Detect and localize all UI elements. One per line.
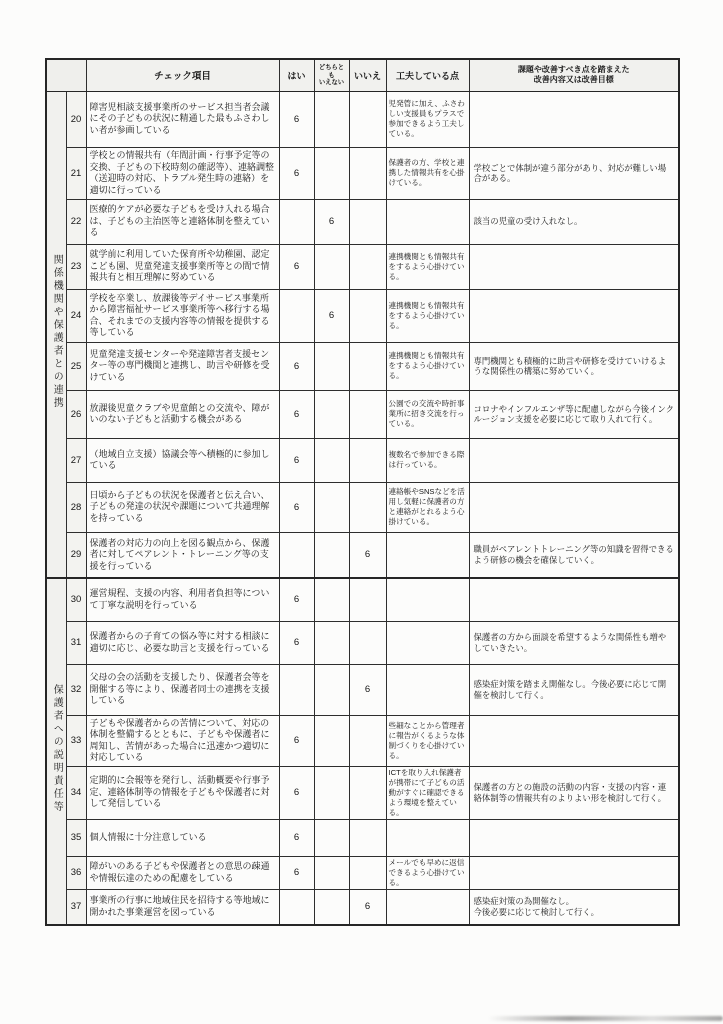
table-row: 35 個人情報に十分注意している 6 bbox=[46, 819, 679, 856]
header-issues-goal: 課題や改善すべき点を踏まえた 改善内容又は改善目標 bbox=[469, 59, 679, 91]
row-number: 29 bbox=[66, 532, 86, 578]
table-row: 25 児童発達支援センターや発達障害者支援センター等の専門機関と連携し、助言や研… bbox=[46, 342, 679, 390]
answer-no-cell bbox=[349, 390, 386, 438]
table-row: 28 日頃から子どもの状況を保護者と伝え合い、子どもの発達の状況や課題について共… bbox=[46, 482, 679, 532]
answer-yes-cell: 6 bbox=[279, 819, 314, 856]
row-number: 20 bbox=[66, 91, 86, 147]
devised-point-cell: 連絡帳やSNSなどを活用し気軽に保護者の方と連絡がとれるよう心掛けている。 bbox=[386, 482, 469, 532]
devised-point-cell: メールでも早めに返信できるよう心掛けている。 bbox=[386, 856, 469, 889]
answer-no-cell bbox=[349, 289, 386, 342]
answer-neither-cell bbox=[314, 766, 349, 819]
devised-point-cell: ICTを取り入れ保護者が携帯にて子どもの活動がすぐに確認できるよう環境を整えてい… bbox=[386, 766, 469, 819]
answer-yes-cell bbox=[279, 664, 314, 715]
answer-yes-cell: 6 bbox=[279, 578, 314, 621]
table-row: 23 就学前に利用していた保育所や幼稚園、認定こども園、児童発達支援事業所等との… bbox=[46, 244, 679, 289]
devised-point-cell: 連携機関とも情報共有をするよう心掛けている。 bbox=[386, 342, 469, 390]
header-check-item: チェック項目 bbox=[86, 59, 279, 91]
answer-no-cell: 6 bbox=[349, 532, 386, 578]
table-row: 関係機関や保護者との連携 20 障害児相談支援事業所のサービス担当者会議にその子… bbox=[46, 91, 679, 147]
check-item-cell: 就学前に利用していた保育所や幼稚園、認定こども園、児童発達支援事業所等との間で情… bbox=[86, 244, 279, 289]
issues-cell: 該当の児童の受け入れなし。 bbox=[469, 199, 679, 244]
row-number: 33 bbox=[66, 715, 86, 766]
issues-cell: 感染症対策の為開催なし。 今後必要に応じて検討して行く。 bbox=[469, 889, 679, 925]
answer-neither-cell bbox=[314, 91, 349, 147]
answer-neither-cell bbox=[314, 438, 349, 482]
issues-cell: 専門機関とも積極的に助言や研修を受けていけるような関係性の構築に努めていく。 bbox=[469, 342, 679, 390]
answer-no-cell bbox=[349, 621, 386, 664]
answer-yes-cell: 6 bbox=[279, 438, 314, 482]
answer-neither-cell bbox=[314, 819, 349, 856]
check-item-cell: 運営規程、支援の内容、利用者負担等について丁寧な説明を行っている bbox=[86, 578, 279, 621]
devised-point-cell bbox=[386, 199, 469, 244]
check-item-cell: 障害児相談支援事業所のサービス担当者会議にその子どもの状況に精通した最もふさわし… bbox=[86, 91, 279, 147]
answer-yes-cell bbox=[279, 289, 314, 342]
answer-yes-cell: 6 bbox=[279, 91, 314, 147]
issues-cell bbox=[469, 715, 679, 766]
answer-yes-cell bbox=[279, 889, 314, 925]
issues-cell: コロナやインフルエンザ等に配慮しながら今後インクルージョン支援を必要に応じて取り… bbox=[469, 390, 679, 438]
answer-no-cell: 6 bbox=[349, 889, 386, 925]
check-item-cell: 子どもや保護者からの苦情について、対応の体制を整備するとともに、子どもや保護者に… bbox=[86, 715, 279, 766]
answer-neither-cell: 6 bbox=[314, 289, 349, 342]
row-group-label-coordination: 関係機関や保護者との連携 bbox=[46, 91, 66, 578]
devised-point-cell bbox=[386, 621, 469, 664]
group-label-text: 保護者への説明責任等 bbox=[47, 684, 65, 814]
table-row: 29 保護者の対応力の向上を図る観点から、保護者に対してペアレント・トレーニング… bbox=[46, 532, 679, 578]
check-item-cell: 障がいのある子どもや保護者との意思の疎通や情報伝達のための配慮をしている bbox=[86, 856, 279, 889]
devised-point-cell: 連携機関とも情報共有をするよう心掛けている。 bbox=[386, 289, 469, 342]
issues-cell: 保護者の方から面談を希望するような関係性も増やしていきたい。 bbox=[469, 621, 679, 664]
answer-yes-cell: 6 bbox=[279, 482, 314, 532]
devised-point-cell bbox=[386, 578, 469, 621]
answer-neither-cell bbox=[314, 621, 349, 664]
row-number: 28 bbox=[66, 482, 86, 532]
check-item-cell: 定期的に会報等を発行し、活動概要や行事予定、連絡体制等の情報を子どもや保護者に対… bbox=[86, 766, 279, 819]
issues-cell bbox=[469, 244, 679, 289]
check-item-cell: 学校との情報共有（年間計画・行事予定等の交換、子どもの下校時刻の確認等）、連絡調… bbox=[86, 147, 279, 199]
answer-no-cell bbox=[349, 715, 386, 766]
table-row: 32 父母の会の活動を支援したり、保護者会等を開催する等により、保護者同士の連携… bbox=[46, 664, 679, 715]
row-number: 37 bbox=[66, 889, 86, 925]
answer-no-cell bbox=[349, 91, 386, 147]
header-devised-point: 工夫している点 bbox=[386, 59, 469, 91]
check-item-cell: 放課後児童クラブや児童館との交流や、障がいのない子どもと活動する機会がある bbox=[86, 390, 279, 438]
table-row: 37 事業所の行事に地域住民を招待する等地域に開かれた事業運営を図っている 6 … bbox=[46, 889, 679, 925]
check-item-cell: 保護者の対応力の向上を図る観点から、保護者に対してペアレント・トレーニング等の支… bbox=[86, 532, 279, 578]
answer-neither-cell bbox=[314, 889, 349, 925]
table-row: 36 障がいのある子どもや保護者との意思の疎通や情報伝達のための配慮をしている … bbox=[46, 856, 679, 889]
answer-no-cell bbox=[349, 856, 386, 889]
answer-yes-cell: 6 bbox=[279, 342, 314, 390]
table-row: 31 保護者からの子育ての悩み等に対する相談に適切に応じ、必要な助言と支援を行っ… bbox=[46, 621, 679, 664]
answer-no-cell bbox=[349, 819, 386, 856]
row-number: 36 bbox=[66, 856, 86, 889]
check-item-cell: 学校を卒業し、放課後等デイサービス事業所から障害福祉サービス事業所等へ移行する場… bbox=[86, 289, 279, 342]
issues-cell bbox=[469, 819, 679, 856]
devised-point-cell: 連携機関とも情報共有をするよう心掛けている。 bbox=[386, 244, 469, 289]
devised-point-cell bbox=[386, 889, 469, 925]
check-item-cell: 日頃から子どもの状況を保護者と伝え合い、子どもの発達の状況や課題について共通理解… bbox=[86, 482, 279, 532]
answer-neither-cell bbox=[314, 342, 349, 390]
row-number: 24 bbox=[66, 289, 86, 342]
answer-neither-cell bbox=[314, 532, 349, 578]
check-item-cell: 個人情報に十分注意している bbox=[86, 819, 279, 856]
row-number: 31 bbox=[66, 621, 86, 664]
answer-neither-cell bbox=[314, 390, 349, 438]
answer-yes-cell: 6 bbox=[279, 856, 314, 889]
answer-yes-cell: 6 bbox=[279, 621, 314, 664]
answer-no-cell bbox=[349, 482, 386, 532]
table-row: 34 定期的に会報等を発行し、活動概要や行事予定、連絡体制等の情報を子どもや保護… bbox=[46, 766, 679, 819]
devised-point-cell bbox=[386, 819, 469, 856]
answer-neither-cell: 6 bbox=[314, 199, 349, 244]
row-number: 27 bbox=[66, 438, 86, 482]
check-item-cell: 保護者からの子育ての悩み等に対する相談に適切に応じ、必要な助言と支援を行っている bbox=[86, 621, 279, 664]
table-row: 保護者への説明責任等 30 運営規程、支援の内容、利用者負担等について丁寧な説明… bbox=[46, 578, 679, 621]
header-neither: どちらとも いえない bbox=[314, 59, 349, 91]
answer-neither-cell bbox=[314, 482, 349, 532]
check-item-cell: 事業所の行事に地域住民を招待する等地域に開かれた事業運営を図っている bbox=[86, 889, 279, 925]
answer-no-cell bbox=[349, 244, 386, 289]
row-number: 32 bbox=[66, 664, 86, 715]
row-number: 21 bbox=[66, 147, 86, 199]
answer-neither-cell bbox=[314, 856, 349, 889]
answer-neither-cell bbox=[314, 715, 349, 766]
header-yes: はい bbox=[279, 59, 314, 91]
table-row: 26 放課後児童クラブや児童館との交流や、障がいのない子どもと活動する機会がある… bbox=[46, 390, 679, 438]
answer-no-cell bbox=[349, 199, 386, 244]
devised-point-cell: 保護者の方、学校と連携した情報共有を心掛けている。 bbox=[386, 147, 469, 199]
check-item-cell: 児童発達支援センターや発達障害者支援センター等の専門機関と連携し、助言や研修を受… bbox=[86, 342, 279, 390]
scan-smudge-artifact bbox=[488, 1016, 723, 1021]
answer-yes-cell: 6 bbox=[279, 766, 314, 819]
group-label-text: 関係機関や保護者との連携 bbox=[47, 254, 65, 410]
answer-yes-cell bbox=[279, 532, 314, 578]
row-number: 25 bbox=[66, 342, 86, 390]
row-number: 26 bbox=[66, 390, 86, 438]
table-row: 24 学校を卒業し、放課後等デイサービス事業所から障害福祉サービス事業所等へ移行… bbox=[46, 289, 679, 342]
table-row: 21 学校との情報共有（年間計画・行事予定等の交換、子どもの下校時刻の確認等）、… bbox=[46, 147, 679, 199]
answer-no-cell bbox=[349, 578, 386, 621]
issues-cell: 感染症対策を踏まえ開催なし。今後必要に応じて開催を検討して行く。 bbox=[469, 664, 679, 715]
row-number: 30 bbox=[66, 578, 86, 621]
answer-yes-cell: 6 bbox=[279, 147, 314, 199]
issues-cell bbox=[469, 91, 679, 147]
devised-point-cell: 児発管に加え、ふさわしい支援員もプラスで参加できるよう工夫している。 bbox=[386, 91, 469, 147]
answer-neither-cell bbox=[314, 578, 349, 621]
issues-cell bbox=[469, 289, 679, 342]
answer-no-cell bbox=[349, 766, 386, 819]
table-row: 27 （地域自立支援）協議会等へ積極的に参加している 6 複数名で参加できる際は… bbox=[46, 438, 679, 482]
devised-point-cell: 些細なことから管理者に報告がくるような体制づくりを心掛けている。 bbox=[386, 715, 469, 766]
answer-neither-cell bbox=[314, 147, 349, 199]
devised-point-cell bbox=[386, 532, 469, 578]
devised-point-cell bbox=[386, 664, 469, 715]
issues-cell bbox=[469, 856, 679, 889]
table-row: 33 子どもや保護者からの苦情について、対応の体制を整備するとともに、子どもや保… bbox=[46, 715, 679, 766]
header-no: いいえ bbox=[349, 59, 386, 91]
answer-yes-cell: 6 bbox=[279, 715, 314, 766]
check-item-cell: 医療的ケアが必要な子どもを受け入れる場合は、子どもの主治医等と連絡体制を整えてい… bbox=[86, 199, 279, 244]
answer-yes-cell: 6 bbox=[279, 390, 314, 438]
table-row: 22 医療的ケアが必要な子どもを受け入れる場合は、子どもの主治医等と連絡体制を整… bbox=[46, 199, 679, 244]
issues-cell bbox=[469, 438, 679, 482]
check-item-cell: （地域自立支援）協議会等へ積極的に参加している bbox=[86, 438, 279, 482]
answer-yes-cell bbox=[279, 199, 314, 244]
issues-cell: 学校ごとで体制が違う部分があり、対応が難しい場合がある。 bbox=[469, 147, 679, 199]
answer-no-cell bbox=[349, 147, 386, 199]
answer-neither-cell bbox=[314, 664, 349, 715]
issues-cell: 職員がペアレントトレーニング等の知識を習得できるよう研修の機会を確保していく。 bbox=[469, 532, 679, 578]
check-item-cell: 父母の会の活動を支援したり、保護者会等を開催する等により、保護者同士の連携を支援… bbox=[86, 664, 279, 715]
header-row: チェック項目 はい どちらとも いえない いいえ 工夫している点 課題や改善すべ… bbox=[46, 59, 679, 91]
answer-no-cell bbox=[349, 438, 386, 482]
row-group-label-accountability: 保護者への説明責任等 bbox=[46, 578, 66, 925]
issues-cell: 保護者の方との施設の活動の内容・支援の内容・連絡体制等の情報共有のよりよい形を検… bbox=[469, 766, 679, 819]
answer-yes-cell: 6 bbox=[279, 244, 314, 289]
answer-no-cell bbox=[349, 342, 386, 390]
answer-neither-cell bbox=[314, 244, 349, 289]
row-number: 22 bbox=[66, 199, 86, 244]
scanned-document-page: チェック項目 はい どちらとも いえない いいえ 工夫している点 課題や改善すべ… bbox=[0, 0, 723, 1024]
row-number: 35 bbox=[66, 819, 86, 856]
row-number: 23 bbox=[66, 244, 86, 289]
devised-point-cell: 複数名で参加できる際は行っている。 bbox=[386, 438, 469, 482]
issues-cell bbox=[469, 578, 679, 621]
issues-cell bbox=[469, 482, 679, 532]
devised-point-cell: 公園での交流や時折事業所に招き交流を行っている。 bbox=[386, 390, 469, 438]
self-evaluation-table: チェック項目 はい どちらとも いえない いいえ 工夫している点 課題や改善すべ… bbox=[45, 58, 680, 926]
answer-no-cell: 6 bbox=[349, 664, 386, 715]
row-number: 34 bbox=[66, 766, 86, 819]
header-corner-cell bbox=[46, 59, 86, 91]
